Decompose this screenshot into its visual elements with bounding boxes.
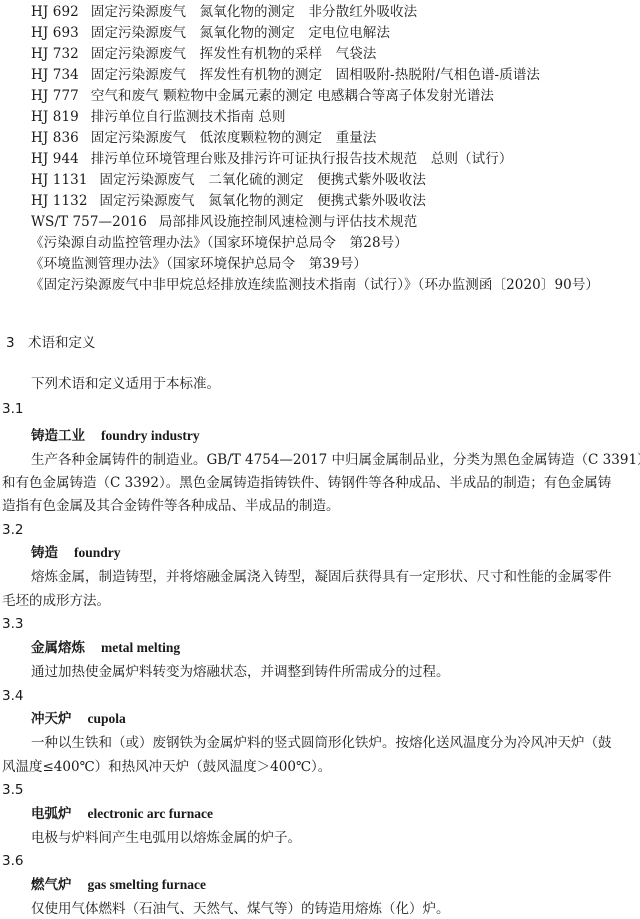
term-heading: 电弧炉electronic arc furnace bbox=[31, 805, 213, 823]
reference-code: HJ 1131 bbox=[31, 171, 88, 189]
term-english: gas smelting furnace bbox=[88, 877, 207, 892]
term-english: cupola bbox=[88, 711, 126, 726]
regulation-item: 《固定污染源废气中非甲烷总烃排放连续监测技术指南（试行）》（环办监测函〔2020… bbox=[30, 276, 599, 294]
reference-code: HJ 734 bbox=[31, 66, 79, 84]
reference-code: HJ 732 bbox=[31, 45, 79, 63]
reference-item: HJ 734固定污染源废气 挥发性有机物的测定 固相吸附-热脱附/气相色谱-质谱… bbox=[31, 66, 540, 84]
section-intro: 下列术语和定义适用于本标准。 bbox=[31, 375, 220, 393]
term-chinese: 铸造工业 bbox=[31, 428, 85, 444]
reference-item: HJ 1132固定污染源废气 氮氧化物的测定 便携式紫外吸收法 bbox=[31, 192, 426, 210]
reference-title: 固定污染源废气 氮氧化物的测定 定电位电解法 bbox=[91, 25, 390, 41]
term-english: metal melting bbox=[101, 640, 180, 655]
reference-title: 固定污染源废气 挥发性有机物的测定 固相吸附-热脱附/气相色谱-质谱法 bbox=[91, 67, 540, 83]
reference-title: 排污单位环境管理台账及排污许可证执行报告技术规范 总则（试行） bbox=[91, 151, 513, 167]
term-heading: 冲天炉cupola bbox=[31, 710, 126, 728]
reference-item: HJ 1131固定污染源废气 二氧化硫的测定 便携式紫外吸收法 bbox=[31, 171, 426, 189]
reference-code: HJ 944 bbox=[31, 150, 79, 168]
reference-code: WS/T 757—2016 bbox=[31, 213, 147, 231]
section-heading: 3术语和定义 bbox=[6, 334, 96, 352]
term-chinese: 电弧炉 bbox=[31, 806, 72, 822]
reference-item: WS/T 757—2016局部排风设施控制风速检测与评估技术规范 bbox=[31, 213, 417, 231]
reference-title: 局部排风设施控制风速检测与评估技术规范 bbox=[159, 214, 417, 230]
clause-number: 3.1 bbox=[2, 400, 23, 418]
definition-line: 和有色金属铸造（C 3392）。黑色金属铸造指铸铁件、铸钢件等各种成品、半成品的… bbox=[2, 474, 611, 492]
reference-title: 固定污染源废气 氮氧化物的测定 便携式紫外吸收法 bbox=[100, 193, 426, 209]
definition-line: 造指有色金属及其合金铸件等各种成品、半成品的制造。 bbox=[2, 497, 340, 515]
term-heading: 铸造工业foundry industry bbox=[31, 427, 200, 445]
term-heading: 燃气炉gas smelting furnace bbox=[31, 876, 206, 894]
reference-title: 排污单位自行监测技术指南 总则 bbox=[91, 109, 286, 125]
term-chinese: 燃气炉 bbox=[31, 877, 72, 893]
definition-line: 风温度≤400℃）和热风冲天炉（鼓风温度＞400℃）。 bbox=[2, 758, 331, 776]
reference-title: 固定污染源废气 二氧化硫的测定 便携式紫外吸收法 bbox=[100, 172, 426, 188]
reference-code: HJ 777 bbox=[31, 87, 79, 105]
reference-title: 固定污染源废气 低浓度颗粒物的测定 重量法 bbox=[91, 130, 377, 146]
regulation-item: 《环境监测管理办法》（国家环境保护总局令 第39号） bbox=[30, 255, 367, 273]
reference-title: 固定污染源废气 氮氧化物的测定 非分散红外吸收法 bbox=[91, 4, 417, 20]
clause-number: 3.3 bbox=[2, 615, 23, 633]
clause-number: 3.6 bbox=[2, 852, 23, 870]
reference-item: HJ 692固定污染源废气 氮氧化物的测定 非分散红外吸收法 bbox=[31, 3, 417, 21]
clause-number: 3.5 bbox=[2, 781, 23, 799]
reference-item: HJ 944排污单位环境管理台账及排污许可证执行报告技术规范 总则（试行） bbox=[31, 150, 512, 168]
clause-number: 3.4 bbox=[2, 687, 23, 705]
definition-line: 电极与炉料间产生电弧用以熔炼金属的炉子。 bbox=[31, 829, 301, 847]
term-chinese: 金属熔炼 bbox=[31, 640, 85, 656]
reference-code: HJ 693 bbox=[31, 24, 79, 42]
term-english: foundry industry bbox=[101, 428, 200, 443]
term-english: foundry bbox=[74, 545, 121, 560]
reference-item: HJ 819排污单位自行监测技术指南 总则 bbox=[31, 108, 286, 126]
reference-code: HJ 836 bbox=[31, 129, 79, 147]
reference-title: 固定污染源废气 挥发性有机物的采样 气袋法 bbox=[91, 46, 377, 62]
definition-line: 一种以生铁和（或）废钢铁为金属炉料的竖式圆筒形化铁炉。按熔化送风温度分为冷风冲天… bbox=[31, 734, 612, 752]
term-english: electronic arc furnace bbox=[88, 806, 213, 821]
term-chinese: 冲天炉 bbox=[31, 711, 72, 727]
reference-code: HJ 692 bbox=[31, 3, 79, 21]
reference-item: HJ 777空气和废气 颗粒物中金属元素的测定 电感耦合等离子体发射光谱法 bbox=[31, 87, 494, 105]
definition-line: 毛坯的成形方法。 bbox=[2, 592, 110, 610]
section-title: 术语和定义 bbox=[28, 335, 96, 351]
definition-line: 生产各种金属铸件的制造业。GB/T 4754—2017 中归属金属制品业，分类为… bbox=[31, 451, 640, 469]
regulation-item: 《污染源自动监控管理办法》（国家环境保护总局令 第28号） bbox=[30, 234, 408, 252]
term-chinese: 铸造 bbox=[31, 545, 58, 561]
section-number: 3 bbox=[6, 334, 28, 352]
definition-line: 熔炼金属，制造铸型，并将熔融金属浇入铸型，凝固后获得具有一定形状、尺寸和性能的金… bbox=[31, 568, 612, 586]
reference-item: HJ 693固定污染源废气 氮氧化物的测定 定电位电解法 bbox=[31, 24, 390, 42]
definition-line: 仅使用气体燃料（石油气、天然气、煤气等）的铸造用熔炼（化）炉。 bbox=[31, 900, 450, 918]
reference-code: HJ 1132 bbox=[31, 192, 88, 210]
reference-item: HJ 732固定污染源废气 挥发性有机物的采样 气袋法 bbox=[31, 45, 376, 63]
clause-number: 3.2 bbox=[2, 521, 23, 539]
reference-title: 空气和废气 颗粒物中金属元素的测定 电感耦合等离子体发射光谱法 bbox=[91, 88, 494, 104]
reference-item: HJ 836固定污染源废气 低浓度颗粒物的测定 重量法 bbox=[31, 129, 376, 147]
term-heading: 铸造foundry bbox=[31, 544, 121, 562]
reference-code: HJ 819 bbox=[31, 108, 79, 126]
definition-line: 通过加热使金属炉料转变为熔融状态，并调整到铸件所需成分的过程。 bbox=[31, 663, 450, 681]
term-heading: 金属熔炼metal melting bbox=[31, 639, 180, 657]
